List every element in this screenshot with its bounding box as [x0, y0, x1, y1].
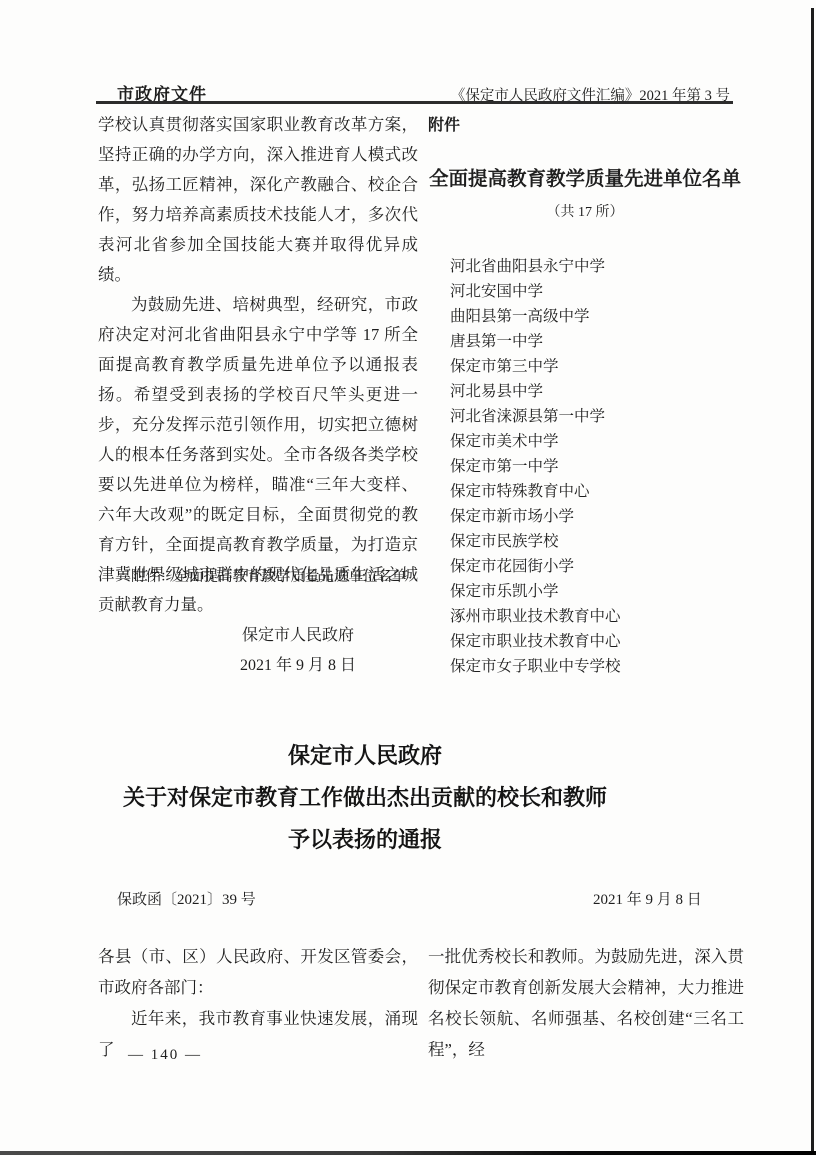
- scan-edge-right: [811, 8, 814, 1154]
- school-item: 保定市乐凯小学: [450, 579, 742, 604]
- notice-title-line3: 予以表扬的通报: [0, 819, 730, 861]
- school-item: 涿州市职业技术教育中心: [450, 604, 742, 629]
- header-rule: [96, 101, 733, 104]
- attachment-subtitle: （共 17 所）: [428, 203, 742, 222]
- school-item: 唐县第一中学: [450, 329, 742, 354]
- signature-block: 保定市人民政府 2021 年 9 月 8 日: [178, 621, 418, 681]
- notice-body-right-column: 一批优秀校长和教师。为鼓励先进，深入贯彻保定市教育创新发展大会精神，大力推进名校…: [428, 941, 744, 1065]
- notice-body-paragraph-continued: 一批优秀校长和教师。为鼓励先进，深入贯彻保定市教育创新发展大会精神，大力推进名校…: [428, 941, 744, 1065]
- notice-title-line2: 关于对保定市教育工作做出杰出贡献的校长和教师: [0, 777, 730, 819]
- attachment-title: 全面提高教育教学质量先进单位名单: [428, 166, 742, 193]
- school-item: 保定市第一中学: [450, 454, 742, 479]
- school-item: 保定市特殊教育中心: [450, 479, 742, 504]
- school-item: 保定市职业技术教育中心: [450, 629, 742, 654]
- school-item: 河北省涞源县第一中学: [450, 404, 742, 429]
- document-number: 保政函〔2021〕39 号: [117, 888, 256, 909]
- school-item: 河北安国中学: [450, 279, 742, 304]
- notice-title: 保定市人民政府 关于对保定市教育工作做出杰出贡献的校长和教师 予以表扬的通报: [0, 735, 730, 861]
- attachment-label: 附件: [428, 112, 742, 134]
- school-item: 河北省曲阳县永宁中学: [450, 254, 742, 279]
- scanned-document-page: 市政府文件 《保定市人民政府文件汇编》2021 年第 3 号 学校认真贯彻落实国…: [0, 0, 816, 1156]
- school-list: 河北省曲阳县永宁中学 河北安国中学 曲阳县第一高级中学 唐县第一中学 保定市第三…: [428, 254, 742, 679]
- school-item: 保定市民族学校: [450, 529, 742, 554]
- page-number: — 140 —: [128, 1047, 202, 1064]
- document-date: 2021 年 9 月 8 日: [593, 888, 702, 909]
- signature-issuer: 保定市人民政府: [178, 621, 418, 651]
- body-paragraph-continued: 学校认真贯彻落实国家职业教育改革方案，坚持正确的办学方向，深入推进育人模式改革，…: [98, 110, 418, 290]
- school-item: 保定市第三中学: [450, 354, 742, 379]
- school-item: 河北易县中学: [450, 379, 742, 404]
- signature-date: 2021 年 9 月 8 日: [178, 651, 418, 681]
- attachment-column: 附件 全面提高教育教学质量先进单位名单 （共 17 所） 河北省曲阳县永宁中学 …: [428, 112, 742, 679]
- attachment-reference-note: 附件：全面提高教育教学质量先进单位名单: [131, 567, 431, 587]
- notice-salutation: 各县（市、区）人民政府、开发区管委会，市政府各部门：: [98, 941, 418, 1003]
- school-item: 保定市花园街小学: [450, 554, 742, 579]
- scan-edge-bottom: [0, 1151, 816, 1155]
- school-item: 保定市美术中学: [450, 429, 742, 454]
- school-item: 曲阳县第一高级中学: [450, 304, 742, 329]
- notice-title-line1: 保定市人民政府: [0, 735, 730, 777]
- school-item: 保定市新市场小学: [450, 504, 742, 529]
- left-column-body: 学校认真贯彻落实国家职业教育改革方案，坚持正确的办学方向，深入推进育人模式改革，…: [98, 110, 418, 620]
- school-item: 保定市女子职业中专学校: [450, 654, 742, 679]
